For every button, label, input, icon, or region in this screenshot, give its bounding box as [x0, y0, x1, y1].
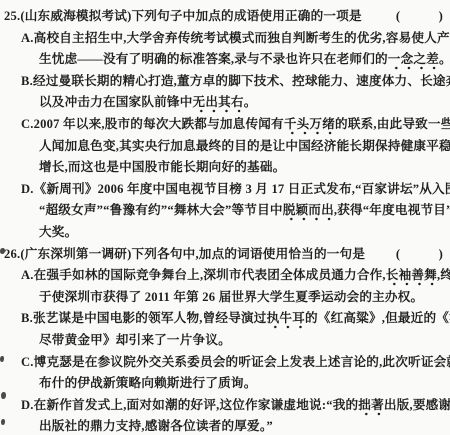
- emphasized-word: 执牛耳: [267, 311, 305, 329]
- question-header: 25.(山东威海模拟考试)下列句子中加点的成语使用正确的一项是( ): [4, 6, 445, 28]
- option-line: B.经过曼联长期的精心打造,董方卓的脚下技术、控球能力、速度体力、长途奔袭: [4, 71, 445, 93]
- option-label: D.: [21, 398, 34, 412]
- option-line: 增长,而这也是中国股市能长期向好的基础。: [4, 157, 445, 179]
- emphasized-word: 一念之差: [388, 52, 439, 70]
- text-segment: 出版,要感谢: [384, 398, 450, 412]
- option-line: 布什的伊战新策略向赖斯进行了质询。: [4, 373, 445, 395]
- option-line: 出版社的鼎力支持,感谢各位读者的厚爱。”: [4, 416, 445, 435]
- option-c: C.博克瑟是在参议院外交关系委员会的听证会上发表上述言论的,此次听证会就布什的伊…: [4, 352, 445, 395]
- option-b: B.经过曼联长期的精心打造,董方卓的脚下技术、控球能力、速度体力、长途奔袭以及冲…: [4, 71, 445, 114]
- text-segment: 。: [439, 52, 450, 66]
- emphasized-word: 脱颖而出: [283, 203, 334, 221]
- emphasized-word: 就: [446, 355, 450, 373]
- option-label: B.: [21, 74, 33, 88]
- option-line: 尽带黄金甲》却引来了一片争议。: [4, 330, 445, 352]
- option-label: B.: [21, 311, 33, 325]
- option-line: A.在强手如林的国际竞争舞台上,深圳市代表团全体成员通力合作,长袖善舞,终: [4, 265, 445, 287]
- text-segment: 大奖。: [39, 225, 77, 239]
- question-header: 26.(广东深圳第一调研)下列各句中,加点的词语使用恰当的一句是( ): [4, 244, 445, 266]
- text-segment: 人闻加息色变,其实央行加息最终的目的是让中国经济能长期保持健康平稳的: [39, 139, 450, 153]
- questions-root: 25.(山东威海模拟考试)下列句子中加点的成语使用正确的一项是( )A.高校自主…: [4, 6, 445, 435]
- text-segment: 博克瑟是在参议院外交关系委员会的听证会上发表上述言论的,此次听证会: [34, 355, 447, 369]
- answer-bracket: ( ): [396, 244, 445, 266]
- scan-smudge: [0, 356, 4, 362]
- scan-smudge: [0, 248, 5, 254]
- test-paper: 25.(山东威海模拟考试)下列句子中加点的成语使用正确的一项是( )A.高校自主…: [0, 0, 450, 435]
- option-line: D.在新作首发式上,面对如潮的好评,这位作家谦虚地说:“我的拙著出版,要感谢: [4, 395, 445, 417]
- question-stem-wrap: 26.(广东深圳第一调研)下列各句中,加点的词语使用恰当的一句是: [4, 244, 365, 266]
- text-segment: 经过曼联长期的精心打造,董方卓的脚下技术、控球能力、速度体力、长途奔袭: [33, 74, 450, 88]
- emphasized-word: 长袖善舞: [386, 268, 437, 286]
- text-segment: 在新作首发式上,面对如潮的好评,这位作家谦虚地说:“我的: [34, 398, 359, 412]
- text-segment: 《新周刊》2006 年度中国电视节目榜 3 月 17 日正式发布,“百家讲坛”从…: [34, 182, 450, 196]
- question-block: 26.(广东深圳第一调研)下列各句中,加点的词语使用恰当的一句是( )A.在强手…: [4, 244, 445, 435]
- option-label: A.: [21, 268, 34, 282]
- question-stem-wrap: 25.(山东威海模拟考试)下列句子中加点的成语使用正确的一项是: [4, 6, 362, 28]
- question-number: 26.: [4, 247, 20, 261]
- text-segment: 增长,而这也是中国股市能长期向好的基础。: [39, 160, 285, 174]
- question-source: (山东威海模拟考试): [20, 9, 131, 23]
- option-line: 大奖。: [4, 222, 445, 244]
- option-line: 于使深圳市获得了 2011 年第 26 届世界大学生夏季运动会的主办权。: [4, 287, 445, 309]
- question-stem: 下列句子中加点的成语使用正确的一项是: [131, 9, 361, 23]
- option-d: D.《新周刊》2006 年度中国电视节目榜 3 月 17 日正式发布,“百家讲坛…: [4, 179, 445, 244]
- text-segment: 张艺谋是中国电影的领军人物,曾经导演过: [33, 311, 267, 325]
- option-line: 以及冲击力在国家队前锋中无出其右。: [4, 92, 445, 114]
- option-line: 生忧虑——没有了明确的标准答案,录与不录也许只在老师们的一念之差。: [4, 49, 445, 71]
- scan-smudge: [1, 419, 5, 425]
- text-segment: 高校自主招生中,大学舍弃传统考试模式而独自判断考生的优劣,容易使人产: [34, 31, 450, 45]
- text-segment: “超级女声”“鲁豫有约”“舞林大会”等节目中: [39, 203, 283, 217]
- text-segment: 2007 年以来,股市的每次大跌都与加息传闻有: [34, 117, 284, 131]
- text-segment: ,终: [437, 268, 450, 282]
- question-source: (广东深圳第一调研): [20, 247, 131, 261]
- emphasized-word: 拙著: [358, 398, 384, 416]
- scan-smudge: [1, 392, 6, 399]
- text-segment: 在强手如林的国际竞争舞台上,深圳市代表团全体成员通力合作,: [34, 268, 386, 282]
- text-segment: 的《红高粱》,但最近的《满城: [305, 311, 450, 325]
- option-b: B.张艺谋是中国电影的领军人物,曾经导演过执牛耳的《红高粱》,但最近的《满城尽带…: [4, 308, 445, 351]
- option-line: B.张艺谋是中国电影的领军人物,曾经导演过执牛耳的《红高粱》,但最近的《满城: [4, 308, 445, 330]
- option-label: D.: [21, 182, 34, 196]
- emphasized-word: 千头万绪: [284, 117, 335, 135]
- text-segment: 以及冲击力在国家队前锋中: [39, 95, 193, 109]
- text-segment: 尽带黄金甲》却引来了一片争议。: [39, 333, 231, 347]
- option-line: 人闻加息色变,其实央行加息最终的目的是让中国经济能长期保持健康平稳的: [4, 136, 445, 158]
- emphasized-word: 无出其右: [193, 95, 244, 113]
- text-segment: ,获得“年度电视节目”: [334, 203, 450, 217]
- option-label: A.: [21, 31, 34, 45]
- text-segment: 于使深圳市获得了 2011 年第 26 届世界大学生夏季运动会的主办权。: [39, 290, 423, 304]
- question-block: 25.(山东威海模拟考试)下列句子中加点的成语使用正确的一项是( )A.高校自主…: [4, 6, 445, 244]
- option-a: A.高校自主招生中,大学舍弃传统考试模式而独自判断考生的优劣,容易使人产生忧虑—…: [4, 28, 445, 71]
- option-d: D.在新作首发式上,面对如潮的好评,这位作家谦虚地说:“我的拙著出版,要感谢出版…: [4, 395, 445, 435]
- option-line: D.《新周刊》2006 年度中国电视节目榜 3 月 17 日正式发布,“百家讲坛…: [4, 179, 445, 201]
- option-label: C.: [21, 117, 34, 131]
- text-segment: 布什的伊战新策略向赖斯进行了质询。: [39, 376, 257, 390]
- answer-bracket: ( ): [396, 6, 445, 28]
- text-segment: 出版社的鼎力支持,感谢各位读者的厚爱。”: [39, 419, 273, 433]
- option-line: C.博克瑟是在参议院外交关系委员会的听证会上发表上述言论的,此次听证会就: [4, 352, 445, 374]
- text-segment: 生忧虑——没有了明确的标准答案,录与不录也许只在老师们的: [39, 52, 388, 66]
- text-segment: 的联系,由此导致一些: [335, 117, 450, 131]
- option-label: C.: [21, 355, 34, 369]
- question-number: 25.: [4, 9, 20, 23]
- option-a: A.在强手如林的国际竞争舞台上,深圳市代表团全体成员通力合作,长袖善舞,终于使深…: [4, 265, 445, 308]
- option-line: C.2007 年以来,股市的每次大跌都与加息传闻有千头万绪的联系,由此导致一些: [4, 114, 445, 136]
- option-line: “超级女声”“鲁豫有约”“舞林大会”等节目中脱颖而出,获得“年度电视节目”: [4, 200, 445, 222]
- option-line: A.高校自主招生中,大学舍弃传统考试模式而独自判断考生的优劣,容易使人产: [4, 28, 445, 50]
- question-stem: 下列各句中,加点的词语使用恰当的一句是: [131, 247, 365, 261]
- text-segment: 。: [244, 95, 257, 109]
- option-c: C.2007 年以来,股市的每次大跌都与加息传闻有千头万绪的联系,由此导致一些人…: [4, 114, 445, 179]
